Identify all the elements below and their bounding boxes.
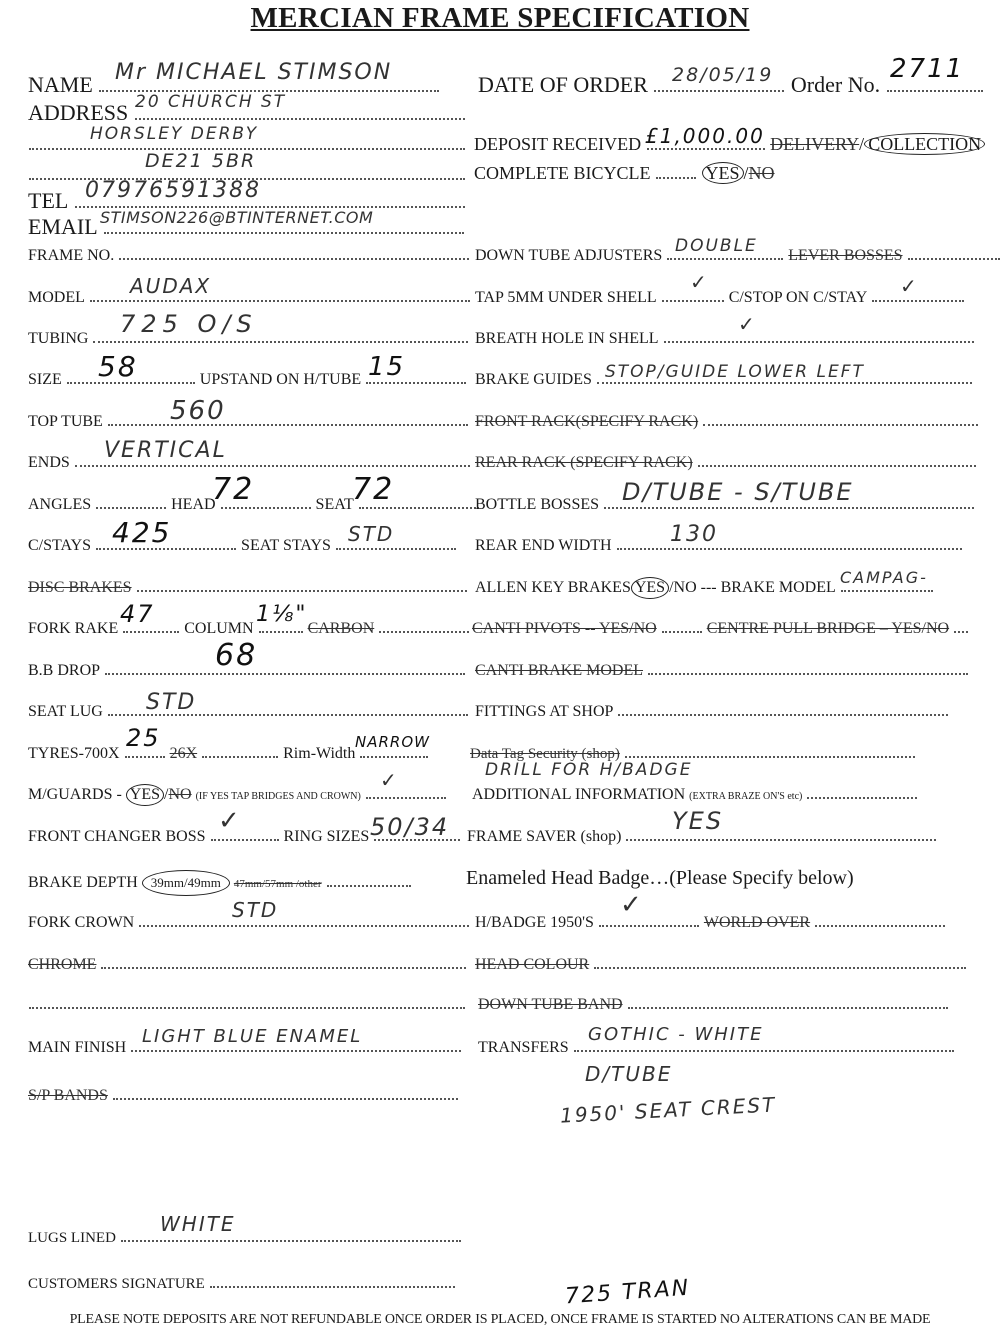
additional-info-row: ADDITIONAL INFORMATION (EXTRA BRAZE ON'S… (472, 783, 918, 807)
model-label: MODEL (28, 288, 85, 308)
ends-field[interactable]: VERTICAL (104, 438, 227, 463)
blank-row (28, 993, 466, 1015)
cstop-label: C/STOP ON C/STAY (729, 288, 868, 308)
brake-model-field[interactable]: CAMPAG- (840, 568, 928, 587)
seat-lug-label: SEAT LUG (28, 702, 103, 722)
world-over-option[interactable]: WORLD OVER (704, 913, 810, 933)
down-tube-adjusters-field[interactable]: DOUBLE (675, 236, 758, 256)
footer-disclaimer: PLEASE NOTE DEPOSITS ARE NOT REFUNDABLE … (0, 1312, 1000, 1328)
seat-lug-field[interactable]: STD (146, 690, 196, 715)
brake-depth-selected[interactable]: 39mm/49mm (142, 870, 230, 896)
brake-model-label: BRAKE MODEL (721, 578, 836, 598)
fork-crown-field[interactable]: STD (232, 898, 278, 922)
top-tube-field[interactable]: 560 (170, 396, 226, 426)
model-field[interactable]: AUDAX (130, 274, 211, 298)
model-row: MODEL (28, 286, 471, 308)
tyres-label: TYRES-700X (28, 744, 120, 764)
rear-rack-row: REAR RACK (SPECIFY RACK) (475, 451, 977, 473)
order-no-field[interactable]: 2711 (890, 54, 964, 84)
brake-depth-label: BRAKE DEPTH (28, 873, 138, 893)
brake-depth-row: BRAKE DEPTH 39mm/49mm 47mm/57mm /other (28, 870, 412, 896)
seat-angle-field[interactable]: 72 (352, 472, 394, 507)
seat-stays-label: SEAT STAYS (241, 536, 331, 556)
name-field[interactable]: Mr MICHAEL STIMSON (115, 60, 392, 85)
bottle-bosses-field[interactable]: D/TUBE - S/TUBE (622, 478, 854, 506)
name-label: NAME (28, 72, 93, 98)
seat-stays-field[interactable]: STD (348, 522, 394, 546)
seat-lug-row: SEAT LUG (28, 700, 469, 722)
bb-drop-field[interactable]: 68 (215, 638, 257, 673)
disc-brakes-label: DISC BRAKES (28, 578, 132, 598)
delivery-option[interactable]: DELIVERY (770, 134, 859, 154)
frame-no-row: FRAME NO. (28, 244, 470, 266)
fork-rake-field[interactable]: 47 (120, 600, 155, 628)
breath-hole-row: BREATH HOLE IN SHELL (475, 327, 975, 349)
transfers-line3[interactable]: 1950' SEAT CREST (560, 1092, 777, 1127)
top-tube-row: TOP TUBE (28, 410, 469, 432)
cstop-check-icon[interactable]: ✓ (900, 274, 917, 298)
down-tube-band-row: DOWN TUBE BAND (478, 993, 949, 1015)
canti-pivots-label: CANTI PIVOTS -- YES/NO (472, 619, 657, 639)
hbadge-1950-row: H/BADGE 1950'S WORLD OVER (475, 911, 946, 933)
c-stays-label: C/STAYS (28, 536, 91, 556)
fork-rake-label: FORK RAKE (28, 619, 118, 639)
column-label: COLUMN (184, 619, 253, 639)
tubing-field[interactable]: 725 O/S (120, 310, 258, 338)
rear-rack-label: REAR RACK (SPECIFY RACK) (475, 453, 693, 473)
down-tube-band-label: DOWN TUBE BAND (478, 995, 623, 1015)
front-rack-label: FRONT RACK(SPECIFY RACK) (475, 412, 698, 432)
column-field[interactable]: 1⅛" (256, 602, 307, 627)
front-rack-row: FRONT RACK(SPECIFY RACK) (475, 410, 979, 432)
front-changer-check-icon[interactable]: ✓ (218, 806, 240, 836)
size-field[interactable]: 58 (98, 350, 138, 383)
address-label: ADDRESS (28, 100, 128, 126)
fork-rake-row: FORK RAKE COLUMN CARBON (28, 617, 470, 639)
allen-key-no[interactable]: NO (674, 578, 697, 598)
tel-field[interactable]: 07976591388 (85, 178, 261, 203)
angles-label: ANGLES (28, 495, 91, 515)
ends-label: ENDS (28, 453, 70, 473)
chrome-label: CHROME (28, 955, 96, 975)
allen-key-label: ALLEN KEY BRAKES (475, 578, 631, 598)
complete-bicycle-no[interactable]: NO (749, 163, 775, 183)
main-finish-label: MAIN FINISH (28, 1038, 126, 1058)
centre-pull-bridge-label: CENTRE PULL BRIDGE – YES/NO (707, 619, 949, 639)
tyres-26x-option[interactable]: 26X (170, 744, 198, 764)
tyres-field[interactable]: 25 (126, 724, 161, 752)
complete-bicycle-row: COMPLETE BICYCLE YES/NO (474, 162, 775, 184)
disc-brakes-row: DISC BRAKES (28, 576, 468, 598)
ends-row: ENDS (28, 451, 471, 473)
brake-guides-label: BRAKE GUIDES (475, 370, 592, 390)
deposit-label: DEPOSIT RECEIVED (474, 134, 641, 154)
head-colour-row: HEAD COLOUR (475, 953, 967, 975)
collection-option[interactable]: COLLECTION (864, 133, 985, 155)
chrome-row: CHROME (28, 953, 467, 975)
seat-angle-label: SEAT (316, 495, 354, 515)
lugs-lined-field[interactable]: WHITE (160, 1212, 236, 1236)
tap-5mm-check-icon[interactable]: ✓ (690, 270, 707, 294)
fork-crown-label: FORK CROWN (28, 913, 134, 933)
additional-info-field[interactable]: DRILL FOR H/BADGE (485, 760, 692, 780)
page-title: MERCIAN FRAME SPECIFICATION (0, 2, 1000, 35)
ring-sizes-field[interactable]: 50/34 (370, 813, 449, 841)
main-finish-field[interactable]: LIGHT BLUE ENAMEL (142, 1026, 362, 1047)
mguards-note: (IF YES TAP BRIDGES AND CROWN) (196, 787, 361, 807)
canti-pivots-row: CANTI PIVOTS -- YES/NO CENTRE PULL BRIDG… (472, 617, 969, 639)
transfers-label: TRANSFERS (478, 1038, 569, 1058)
upstand-field[interactable]: 15 (368, 352, 405, 382)
bb-drop-label: B.B DROP (28, 661, 100, 681)
complete-bicycle-label: COMPLETE BICYCLE (474, 163, 651, 183)
bottle-bosses-label: BOTTLE BOSSES (475, 495, 599, 515)
brake-guides-field[interactable]: STOP/GUIDE LOWER LEFT (605, 362, 865, 382)
size-label: SIZE (28, 370, 62, 390)
fittings-label: FITTINGS AT SHOP (475, 702, 613, 722)
brake-depth-other[interactable]: 47mm/57mm /other (234, 874, 322, 894)
rim-width-label: Rim-Width (283, 744, 355, 764)
date-field[interactable]: 28/05/19 (672, 64, 773, 86)
frame-no-label: FRAME NO. (28, 246, 114, 266)
address-line3-field[interactable]: DE21 5BR (145, 150, 256, 172)
down-tube-adjusters-label: DOWN TUBE ADJUSTERS (475, 246, 662, 266)
breath-hole-label: BREATH HOLE IN SHELL (475, 329, 659, 349)
lugs-lined-label: LUGS LINED (28, 1228, 116, 1248)
rear-end-width-label: REAR END WIDTH (475, 536, 612, 556)
additional-info-label: ADDITIONAL INFORMATION (472, 785, 685, 805)
tel-label: TEL (28, 188, 68, 214)
tap-5mm-label: TAP 5MM UNDER SHELL (475, 288, 657, 308)
allen-key-yes[interactable]: YES (631, 577, 669, 599)
hbadge-1950-label: H/BADGE 1950'S (475, 913, 594, 933)
head-badge-heading: Enameled Head Badge…(Please Specify belo… (466, 866, 854, 890)
additional-info-sub: (EXTRA BRAZE ON'S etc) (689, 787, 802, 807)
lever-bosses-option[interactable]: LEVER BOSSES (788, 246, 902, 266)
date-label: DATE OF ORDER (478, 72, 648, 98)
head-angle-label: HEAD (171, 495, 215, 515)
head-angle-field[interactable]: 72 (212, 472, 254, 507)
canti-brake-model-label: CANTI BRAKE MODEL (475, 661, 643, 681)
signature-row: CUSTOMERS SIGNATURE (28, 1272, 456, 1294)
sp-bands-row: S/P BANDS (28, 1084, 459, 1106)
breath-hole-check-icon[interactable]: ✓ (738, 312, 755, 336)
rim-width-field[interactable]: NARROW (355, 733, 430, 751)
sp-bands-label: S/P BANDS (28, 1086, 108, 1106)
upstand-label: UPSTAND ON H/TUBE (200, 370, 361, 390)
c-stays-field[interactable]: 425 (112, 516, 171, 549)
mguards-yes[interactable]: YES (126, 784, 164, 806)
order-no-label: Order No. (791, 72, 880, 98)
mguards-no[interactable]: NO (168, 785, 191, 805)
deposit-field[interactable]: £1,000.00 (645, 124, 765, 148)
signature-label: CUSTOMERS SIGNATURE (28, 1274, 205, 1294)
tubing-label: TUBING (28, 329, 88, 349)
carbon-option[interactable]: CARBON (308, 619, 375, 639)
address-line1-field[interactable]: 20 CHURCH ST (135, 92, 286, 112)
lugs-lined-row: LUGS LINED (28, 1226, 462, 1248)
mguards-label: M/GUARDS - (28, 785, 122, 805)
top-tube-label: TOP TUBE (28, 412, 103, 432)
fittings-row: FITTINGS AT SHOP (475, 700, 949, 722)
email-field[interactable]: STIMSON226@BTINTERNET.COM (100, 208, 373, 227)
front-changer-label: FRONT CHANGER BOSS (28, 827, 206, 847)
frame-saver-label: FRAME SAVER (shop) (467, 827, 621, 847)
mguards-check-icon[interactable]: ✓ (380, 768, 397, 792)
rear-end-width-row: REAR END WIDTH (475, 534, 963, 556)
canti-brake-model-row: CANTI BRAKE MODEL (475, 659, 969, 681)
transfers-line2[interactable]: D/TUBE (585, 1062, 672, 1086)
address-line2-field[interactable]: HORSLEY DERBY (90, 124, 258, 144)
transfers-field[interactable]: GOTHIC - WHITE (588, 1024, 763, 1045)
separator: --- (701, 578, 717, 598)
tap-5mm-row: TAP 5MM UNDER SHELL C/STOP ON C/STAY (475, 286, 965, 308)
hbadge-1950-check-icon[interactable]: ✓ (620, 890, 642, 920)
ring-sizes-label: RING SIZES (284, 827, 370, 847)
rear-end-width-field[interactable]: 130 (670, 522, 718, 547)
tubing-annotation: 725 TRAN (564, 1276, 691, 1310)
email-label: EMAIL (28, 214, 98, 240)
head-colour-label: HEAD COLOUR (475, 955, 589, 975)
frame-saver-field[interactable]: YES (672, 807, 723, 835)
complete-bicycle-yes[interactable]: YES (702, 162, 744, 184)
